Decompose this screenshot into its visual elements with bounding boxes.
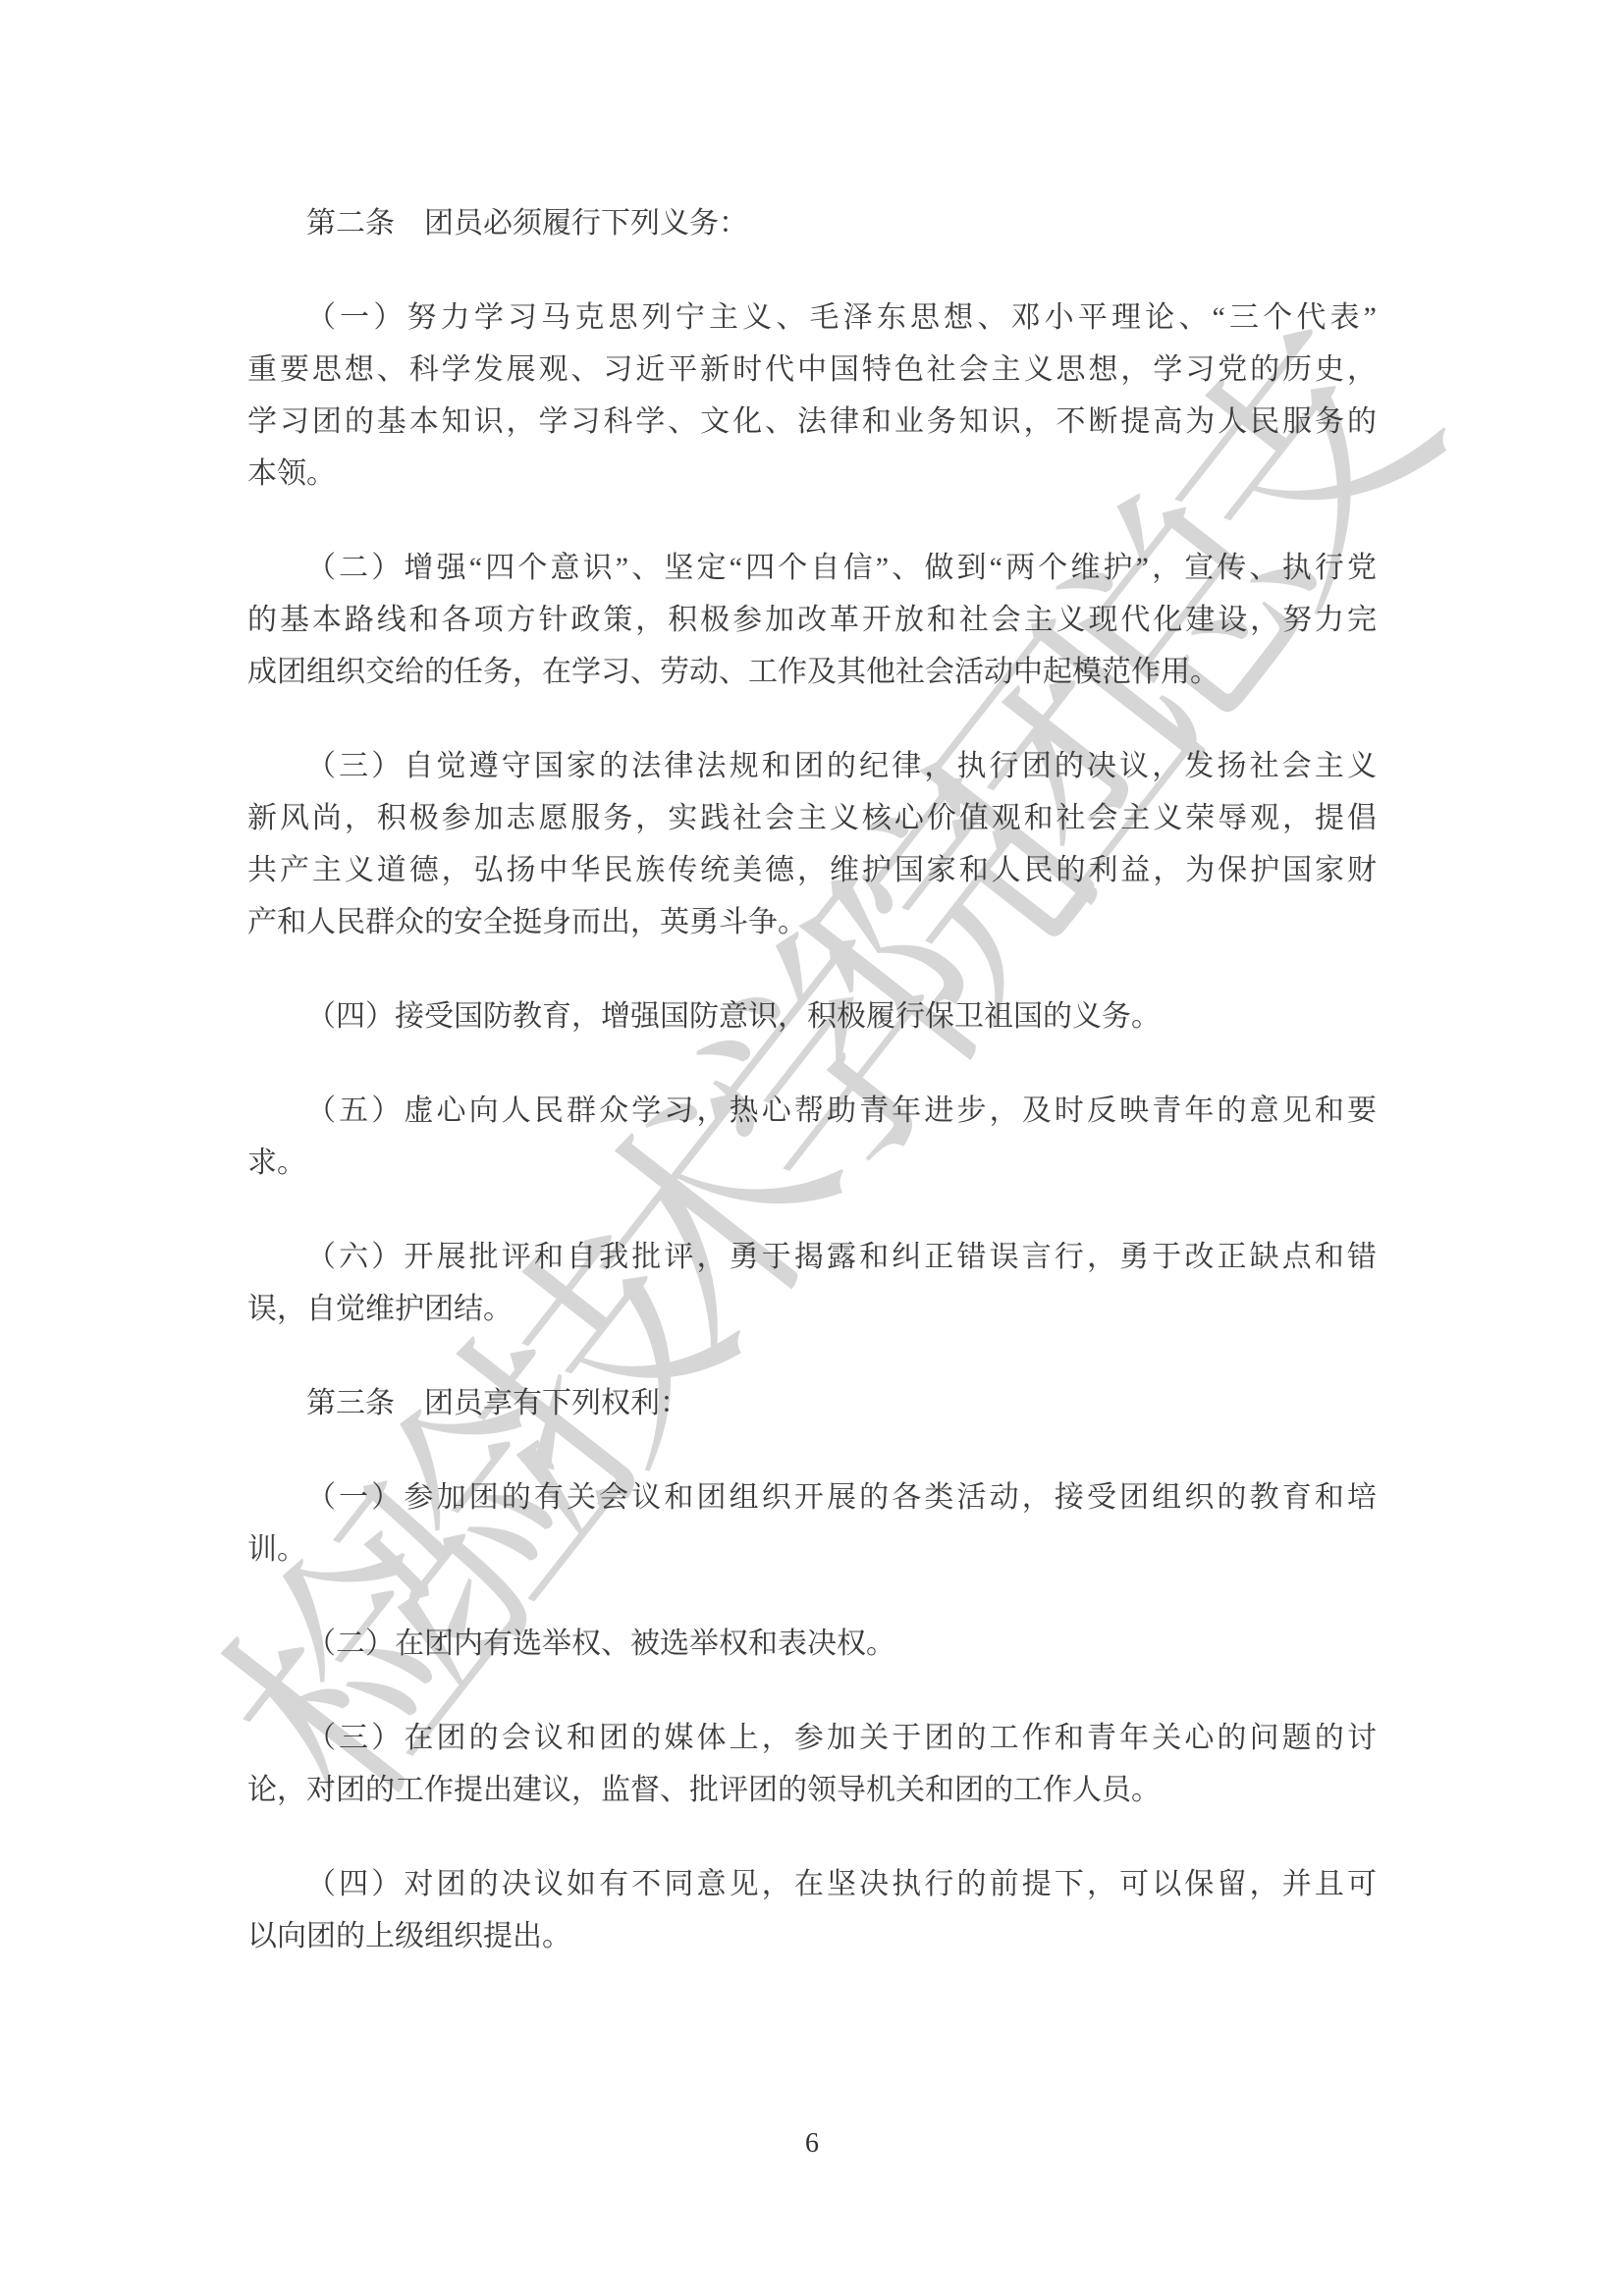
text-line: 共产主义道德，弘扬中华民族传统美德，维护国家和人民的利益，为保护国家财 bbox=[247, 844, 1377, 896]
text-line: （五）虚心向人民群众学习，热心帮助青年进步，及时反映青年的意见和要 bbox=[247, 1085, 1377, 1137]
document-page: 检验技术学院团总支 第二条 团员必须履行下列义务：（一）努力学习马克思列宁主义、… bbox=[0, 0, 1624, 2296]
text-line: （一）参加团的有关会议和团组织开展的各类活动，接受团组织的教育和培 bbox=[247, 1471, 1377, 1523]
paragraph: （五）虚心向人民群众学习，热心帮助青年进步，及时反映青年的意见和要求。 bbox=[247, 1085, 1377, 1189]
text-line: 产和人民群众的安全挺身而出，英勇斗争。 bbox=[247, 896, 1377, 948]
paragraph: （二）增强“四个意识”、坚定“四个自信”、做到“两个维护”，宣传、执行党的基本路… bbox=[247, 542, 1377, 698]
paragraph: （三）自觉遵守国家的法律法规和团的纪律，执行团的决议，发扬社会主义新风尚，积极参… bbox=[247, 740, 1377, 948]
text-line: 论，对团的工作提出建议，监督、批评团的领导机关和团的工作人员。 bbox=[247, 1764, 1377, 1816]
paragraph: （一）努力学习马克思列宁主义、毛泽东思想、邓小平理论、“三个代表”重要思想、科学… bbox=[247, 292, 1377, 500]
page-number: 6 bbox=[0, 2128, 1624, 2160]
text-line: 求。 bbox=[247, 1137, 1377, 1189]
paragraph: （二）在团内有选举权、被选举权和表决权。 bbox=[247, 1618, 1377, 1670]
paragraph: （三）在团的会议和团的媒体上，参加关于团的工作和青年关心的问题的讨论，对团的工作… bbox=[247, 1712, 1377, 1816]
text-line: 新风尚，积极参加志愿服务，实践社会主义核心价值观和社会主义荣辱观，提倡 bbox=[247, 792, 1377, 844]
text-line: （四）对团的决议如有不同意见，在坚决执行的前提下，可以保留，并且可 bbox=[247, 1858, 1377, 1910]
text-line: （三）自觉遵守国家的法律法规和团的纪律，执行团的决议，发扬社会主义 bbox=[247, 740, 1377, 792]
text-line: 学习团的基本知识，学习科学、文化、法律和业务知识，不断提高为人民服务的 bbox=[247, 396, 1377, 448]
text-line: 重要思想、科学发展观、习近平新时代中国特色社会主义思想，学习党的历史， bbox=[247, 344, 1377, 396]
article-heading: 第二条 团员必须履行下列义务： bbox=[247, 197, 1377, 249]
paragraph: （一）参加团的有关会议和团组织开展的各类活动，接受团组织的教育和培训。 bbox=[247, 1471, 1377, 1575]
text-line: 本领。 bbox=[247, 448, 1377, 500]
text-line: （六）开展批评和自我批评，勇于揭露和纠正错误言行，勇于改正缺点和错 bbox=[247, 1231, 1377, 1283]
text-line: 以向团的上级组织提出。 bbox=[247, 1910, 1377, 1962]
text-line: 训。 bbox=[247, 1523, 1377, 1575]
text-line: （二）增强“四个意识”、坚定“四个自信”、做到“两个维护”，宣传、执行党 bbox=[247, 542, 1377, 594]
paragraph: （四）对团的决议如有不同意见，在坚决执行的前提下，可以保留，并且可以向团的上级组… bbox=[247, 1858, 1377, 1962]
text-line: （三）在团的会议和团的媒体上，参加关于团的工作和青年关心的问题的讨 bbox=[247, 1712, 1377, 1764]
text-line: 第二条 团员必须履行下列义务： bbox=[247, 197, 1377, 249]
document-body: 第二条 团员必须履行下列义务：（一）努力学习马克思列宁主义、毛泽东思想、邓小平理… bbox=[247, 197, 1377, 2004]
text-line: 误，自觉维护团结。 bbox=[247, 1283, 1377, 1335]
article-heading: 第三条 团员享有下列权利： bbox=[247, 1377, 1377, 1429]
paragraph: （六）开展批评和自我批评，勇于揭露和纠正错误言行，勇于改正缺点和错误，自觉维护团… bbox=[247, 1231, 1377, 1335]
text-line: 成团组织交给的任务，在学习、劳动、工作及其他社会活动中起模范作用。 bbox=[247, 646, 1377, 698]
text-line: （二）在团内有选举权、被选举权和表决权。 bbox=[247, 1618, 1377, 1670]
text-line: 的基本路线和各项方针政策，积极参加改革开放和社会主义现代化建设，努力完 bbox=[247, 594, 1377, 646]
text-line: （四）接受国防教育，增强国防意识，积极履行保卫祖国的义务。 bbox=[247, 990, 1377, 1042]
text-line: （一）努力学习马克思列宁主义、毛泽东思想、邓小平理论、“三个代表” bbox=[247, 292, 1377, 344]
text-line: 第三条 团员享有下列权利： bbox=[247, 1377, 1377, 1429]
paragraph: （四）接受国防教育，增强国防意识，积极履行保卫祖国的义务。 bbox=[247, 990, 1377, 1042]
